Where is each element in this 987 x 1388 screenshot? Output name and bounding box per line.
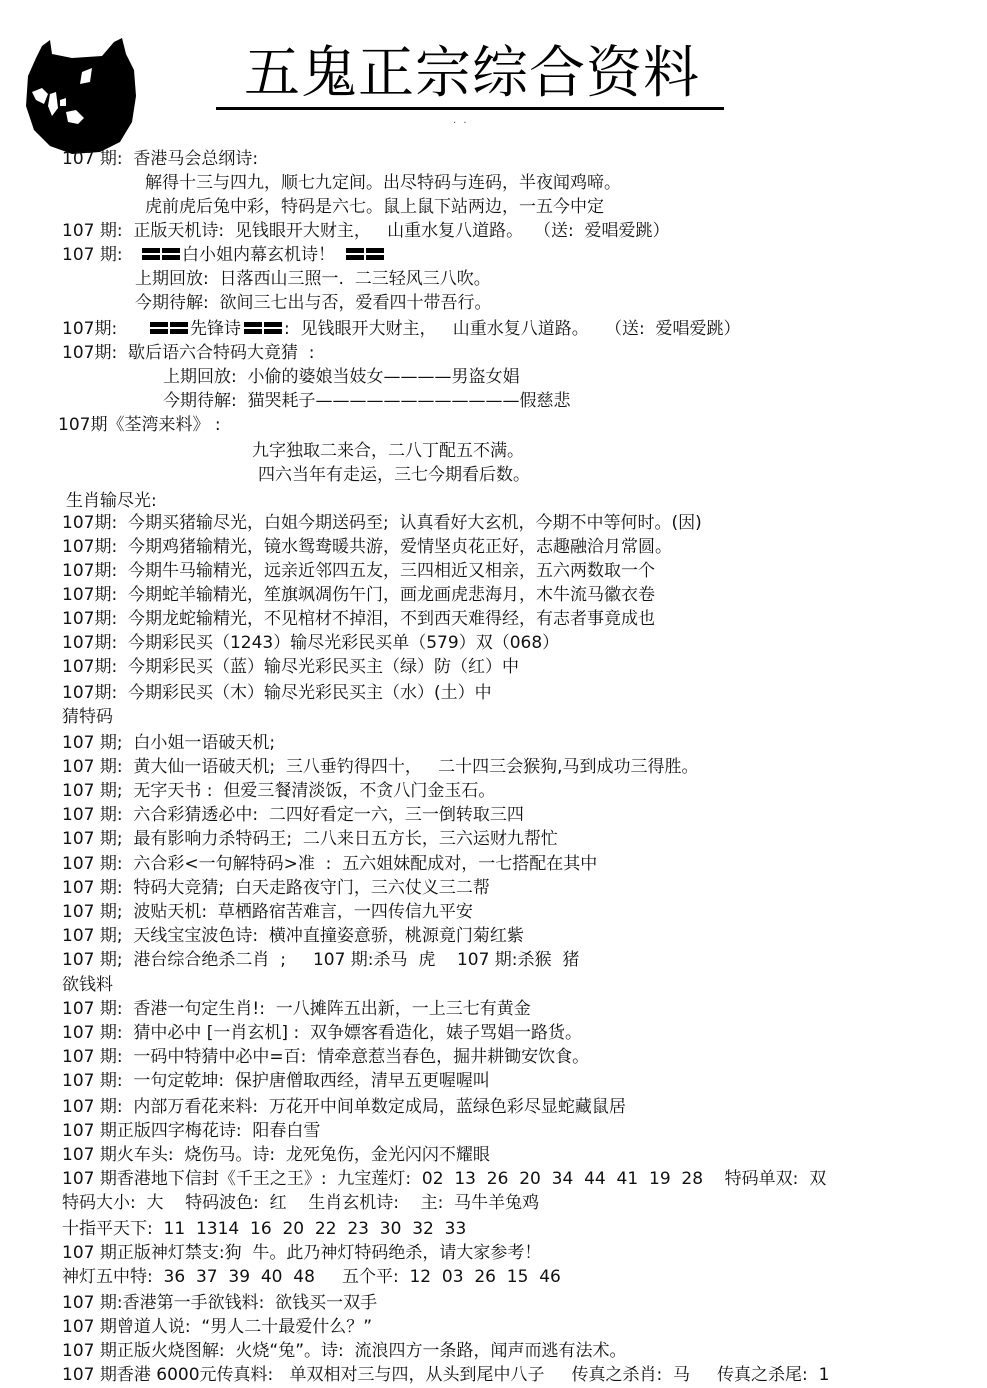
- text-line-l22: 107期: 今期彩民买（蓝）输尽光彩民买主（绿）防（红）中: [62, 656, 519, 678]
- text-line-l12: 107期《荃湾来料》 :: [58, 414, 221, 436]
- text-line-l28: 107 期: 六合彩猜透必中: 二四好看定一六，三一倒转取三四: [62, 804, 524, 826]
- text-line-l14: 四六当年有走运，三七今期看后数。: [258, 464, 530, 486]
- double-bar-icon: [150, 321, 190, 335]
- text-line-l35: 欲钱料: [62, 974, 113, 996]
- double-bar-icon: [142, 247, 182, 261]
- ghost-face-icon: [22, 36, 138, 154]
- text-line-l43: 107 期香港地下信封《千王之王》: 九宝莲灯: 02 13 26 20 34 …: [62, 1168, 826, 1190]
- text-line-l23: 107期: 今期彩民买（木）输尽光彩民买主（水）(土）中: [62, 682, 492, 704]
- text-line-l10: 上期回放: 小偷的婆娘当妓女————男盗女娼: [163, 366, 520, 388]
- text-line-l5b: 白小姐内幕玄机诗！: [182, 244, 335, 266]
- text-line-l4: 107 期: 正版天机诗: 见钱眼开大财主， 山重水复八道路。 （送: 爱唱爱跳…: [62, 220, 669, 242]
- text-line-l32: 107 期; 波贴天机: 草栖路宿苦难言，一四传信九平安: [62, 901, 473, 923]
- text-line-l49: 107 期曾道人说: “男人二十最爱什么？”: [62, 1316, 372, 1338]
- text-line-l41: 107 期正版四字梅花诗: 阳春白雪: [62, 1120, 320, 1142]
- text-line-l9: 107期: 歇后语六合特码大竟猜 :: [62, 342, 315, 364]
- text-line-l42: 107 期火车头: 烧伤马。诗: 龙死兔伤，金光闪闪不耀眼: [62, 1144, 490, 1166]
- text-line-l6: 上期回放: 日落西山三照一. 二三轻风三八吹。: [135, 268, 491, 290]
- text-line-l8a: 107期:: [62, 318, 117, 340]
- text-line-l51: 107 期香港 6000元传真料: 单双相对三与四，从头到尾中八子 传真之杀肖:…: [62, 1364, 829, 1386]
- text-line-l40: 107 期: 内部万看花来料: 万花开中间单数定成局，蓝绿色彩尽显蛇藏鼠居: [62, 1096, 626, 1118]
- text-line-l16: 107期: 今期买猪输尽光，白姐今期送码至; 认真看好大玄机，今期不中等何时。(…: [62, 512, 702, 534]
- double-bar-icon: [346, 247, 386, 261]
- text-line-l25: 107 期; 白小姐一语破天机;: [62, 732, 275, 754]
- text-line-l46: 107 期正版神灯禁支:狗 牛。此乃神灯特码绝杀，请大家参考！: [62, 1242, 541, 1264]
- decorative-dots: · ·: [453, 118, 469, 129]
- text-line-l1: 107 期: 香港马会总纲诗:: [62, 148, 258, 170]
- text-line-l29: 107 期; 最有影响力杀特码王; 二八来日五方长，三六运财九帮忙: [62, 828, 558, 850]
- text-line-l47: 神灯五中特: 36 37 39 40 48 五个平: 12 03 26 15 4…: [62, 1266, 561, 1288]
- text-line-l24: 猜特码: [62, 706, 113, 728]
- text-line-l44: 特码大小: 大 特码波色: 红 生肖玄机诗: 主: 马牛羊兔鸡: [62, 1192, 539, 1214]
- text-line-l21: 107期: 今期彩民买（1243）输尽光彩民买单（579）双（068）: [62, 632, 559, 654]
- text-line-l34: 107 期; 港台综合绝杀二肖 ; 107 期:杀马 虎 107 期:杀猴 猪: [62, 949, 579, 971]
- text-line-l3: 虎前虎后兔中彩，特码是六七。鼠上鼠下站两边，一五今中定: [145, 196, 604, 218]
- text-line-l30: 107 期: 六合彩<一句解特码>准 : 五六姐妹配成对，一七搭配在其中: [62, 853, 597, 875]
- text-line-l48: 107 期:香港第一手欲钱料: 欲钱买一双手: [62, 1292, 377, 1314]
- text-line-l18: 107期: 今期牛马输精光，远亲近邻四五友，三四相近又相亲，五六两数取一个: [62, 560, 655, 582]
- page-title: 五鬼正宗综合资料: [222, 42, 722, 106]
- text-line-l26: 107 期: 黄大仙一语破天机; 三八垂钓得四十， 二十四三会猴狗,马到成功三得…: [62, 756, 699, 778]
- text-line-l37: 107 期: 猜中必中 [一肖玄机] : 双争嫖客看造化，婊子骂娼一路货。: [62, 1022, 582, 1044]
- text-line-l19: 107期: 今期蛇羊输精光，笙旗飒凋伤午门，画龙画虎悲海月，木牛流马徽衣卷: [62, 584, 655, 606]
- text-line-l50: 107 期正版火烧图解: 火烧“兔”。诗: 流浪四方一条路，闻声而逃有法术。: [62, 1340, 627, 1362]
- text-line-l38: 107 期: 一码中特猜中必中=百: 情牵意惹当春色，掘井耕锄安饮食。: [62, 1046, 589, 1068]
- text-line-l8b: 先锋诗: [190, 318, 241, 340]
- text-line-l11: 今期待解: 猫哭耗子————————————假慈悲: [163, 390, 571, 412]
- text-line-l5a: 107 期:: [62, 244, 133, 266]
- text-line-l39: 107 期: 一句定乾坤: 保护唐僧取西经，清早五更喔喔叫: [62, 1070, 490, 1092]
- text-line-l20: 107期: 今期龙蛇输精光，不见棺材不掉泪，不到西天难得经，有志者事竟成也: [62, 608, 655, 630]
- text-line-l7: 今期待解: 欲间三七出与否，爱看四十带吾行。: [135, 292, 492, 314]
- text-line-l15: 生肖输尽光:: [66, 490, 157, 512]
- text-line-l2: 解得十三与四九，顺七九定间。出尽特码与连码，半夜闻鸡啼。: [145, 172, 621, 194]
- text-line-l27: 107 期; 无字天书 : 但爱三餐清淡饭，不贪八门金玉石。: [62, 780, 495, 802]
- text-line-l45: 十指平天下: 11 1314 16 20 22 23 30 32 33: [62, 1218, 466, 1240]
- text-line-l13: 九字独取二来合，二八丁配五不满。: [252, 440, 524, 462]
- text-line-l31: 107 期: 特码大竞猜; 白天走路夜守门，三六仗义三二帮: [62, 877, 490, 899]
- title-underline: [216, 107, 724, 110]
- text-line-l17: 107期: 今期鸡猪输精光，镜水鸳鸯暖共游，爱情坚贞花正好，志趣融洽月常圆。: [62, 536, 672, 558]
- text-line-l36: 107 期: 香港一句定生肖!: 一八摊阵五出新，一上三七有黄金: [62, 998, 531, 1020]
- text-line-l8c: : 见钱眼开大财主， 山重水复八道路。 （送: 爱唱爱跳）: [284, 318, 741, 340]
- text-line-l33: 107 期; 天线宝宝波色诗: 横冲直撞姿意骄，桃源竟门菊红紫: [62, 925, 524, 947]
- double-bar-icon: [244, 321, 284, 335]
